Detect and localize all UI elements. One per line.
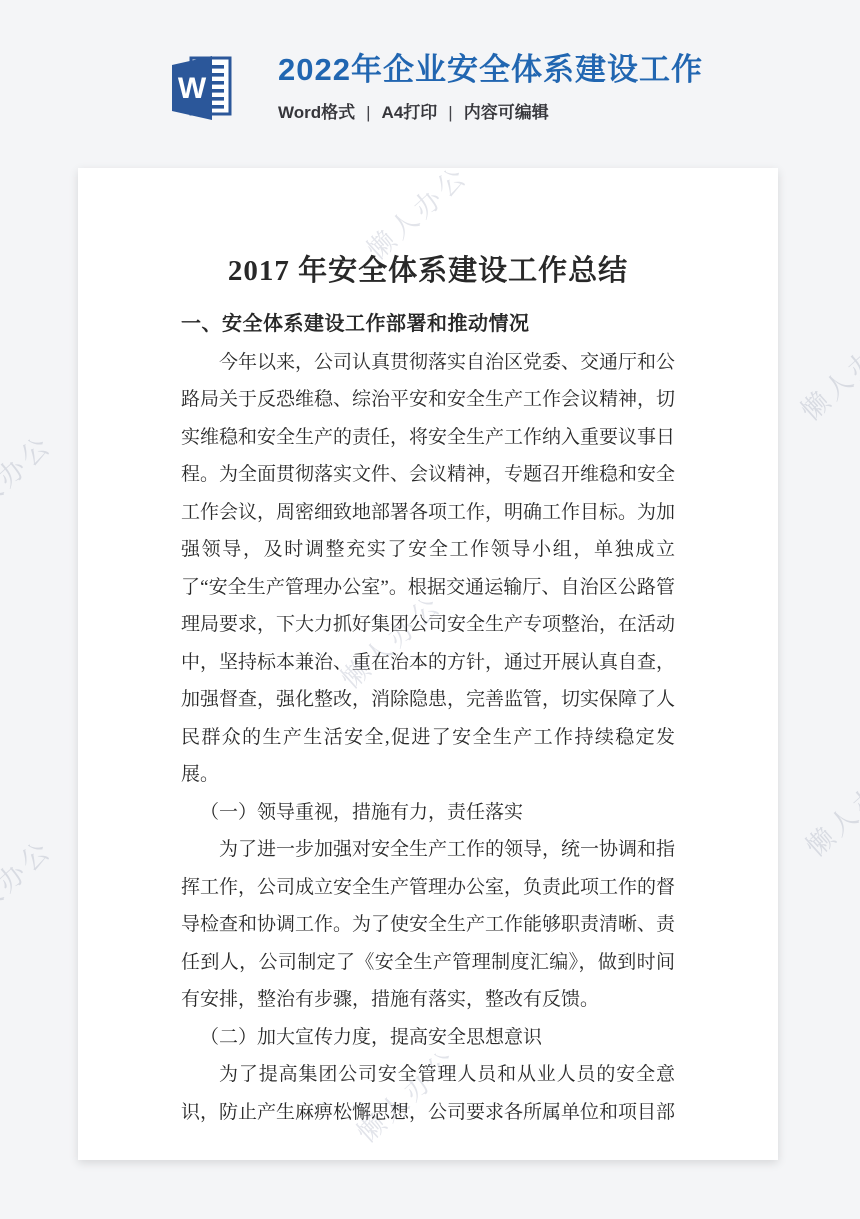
watermark-text: 懒人办公 [0, 829, 59, 941]
separator: | [448, 103, 452, 122]
sub-heading: （二）加大宣传力度，提高安全思想意识 [181, 1019, 675, 1057]
resource-title: 2022年企业安全体系建设工作 [278, 52, 703, 88]
paragraph: 为了进一步加强对安全生产工作的领导，统一协调和指挥工作，公司成立安全生产管理办公… [181, 831, 675, 1019]
word-file-icon: W [170, 53, 234, 123]
watermark-text: 懒人办公 [0, 424, 59, 536]
word-icon-letter-w: W [178, 72, 207, 105]
document-body: 一、安全体系建设工作部署和推动情况今年以来，公司认真贯彻落实自治区党委、交通厅和… [181, 306, 675, 1131]
separator: | [366, 103, 370, 122]
header: 2022年企业安全体系建设工作 Word格式|A4打印|内容可编辑 [278, 52, 703, 123]
format-badge: 内容可编辑 [464, 103, 549, 122]
sub-heading: （一）领导重视，措施有力，责任落实 [181, 794, 675, 832]
watermark-text: 懒人办公 [791, 316, 860, 428]
paragraph: 今年以来，公司认真贯彻落实自治区党委、交通厅和公路局关于反恐维稳、综治平安和安全… [181, 344, 675, 794]
format-badge: Word格式 [278, 103, 355, 122]
document-title: 2017 年安全体系建设工作总结 [181, 250, 675, 292]
paragraph: 为了提高集团公司安全管理人员和从业人员的安全意识，防止产生麻痹松懈思想，公司要求… [181, 1056, 675, 1131]
document-preview-page[interactable]: 2017 年安全体系建设工作总结 一、安全体系建设工作部署和推动情况今年以来，公… [78, 168, 778, 1160]
page-background: W 2022年企业安全体系建设工作 Word格式|A4打印|内容可编辑 2017… [0, 0, 860, 1219]
format-badge: A4打印 [382, 103, 438, 122]
watermark-text: 懒人办公 [796, 752, 860, 864]
format-badges: Word格式|A4打印|内容可编辑 [278, 98, 703, 123]
section-heading: 一、安全体系建设工作部署和推动情况 [181, 306, 675, 344]
